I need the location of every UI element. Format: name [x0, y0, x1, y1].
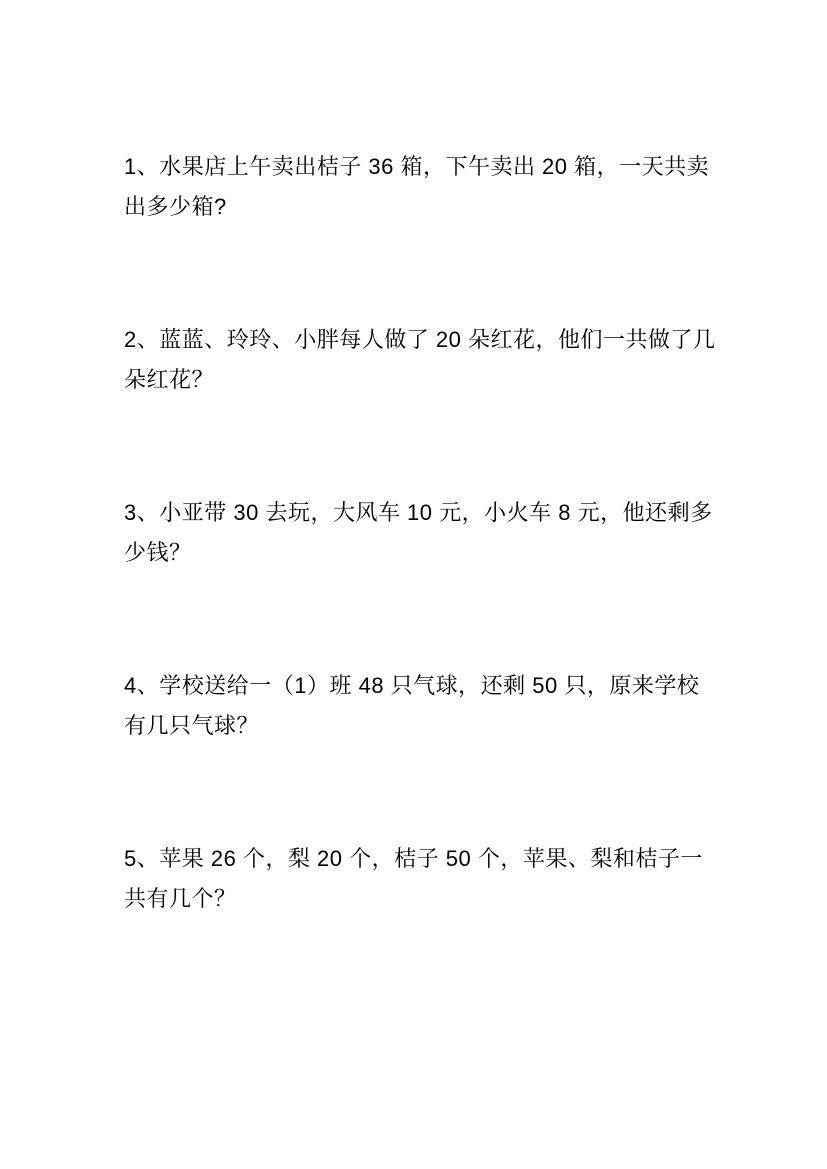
question-2-line-1: 2、蓝蓝、玲玲、小胖每人做了 20 朵红花，他们一共做了几	[124, 320, 710, 360]
question-4: 4、学校送给一（1）班 48 只气球，还剩 50 只，原来学校 有几只气球？	[124, 666, 710, 746]
question-3-line-2: 少钱？	[124, 533, 710, 573]
question-4-number: 4、	[124, 673, 159, 698]
question-5: 5、苹果 26 个，梨 20 个，桔子 50 个，苹果、梨和桔子一 共有几个？	[124, 839, 710, 919]
question-2-text: 蓝蓝、玲玲、小胖每人做了 20 朵红花，他们一共做了几	[159, 327, 715, 352]
question-5-line-1: 5、苹果 26 个，梨 20 个，桔子 50 个，苹果、梨和桔子一	[124, 839, 710, 879]
question-4-text: 学校送给一（1）班 48 只气球，还剩 50 只，原来学校	[159, 673, 699, 698]
question-1-text: 水果店上午卖出桔子 36 箱，下午卖出 20 箱，一天共卖	[159, 154, 709, 179]
worksheet-content: 1、水果店上午卖出桔子 36 箱，下午卖出 20 箱，一天共卖 出多少箱? 2、…	[124, 147, 710, 919]
question-4-line-1: 4、学校送给一（1）班 48 只气球，还剩 50 只，原来学校	[124, 666, 710, 706]
question-1-line-2: 出多少箱?	[124, 187, 710, 227]
question-2-line-2: 朵红花？	[124, 360, 710, 400]
question-1: 1、水果店上午卖出桔子 36 箱，下午卖出 20 箱，一天共卖 出多少箱?	[124, 147, 710, 227]
question-1-line-1: 1、水果店上午卖出桔子 36 箱，下午卖出 20 箱，一天共卖	[124, 147, 710, 187]
question-3: 3、小亚带 30 去玩，大风车 10 元，小火车 8 元，他还剩多 少钱？	[124, 493, 710, 573]
question-5-text: 苹果 26 个，梨 20 个，桔子 50 个，苹果、梨和桔子一	[159, 846, 703, 871]
question-3-number: 3、	[124, 500, 159, 525]
question-2: 2、蓝蓝、玲玲、小胖每人做了 20 朵红花，他们一共做了几 朵红花？	[124, 320, 710, 400]
worksheet-page: 1、水果店上午卖出桔子 36 箱，下午卖出 20 箱，一天共卖 出多少箱? 2、…	[0, 0, 827, 1169]
question-5-number: 5、	[124, 846, 159, 871]
question-4-line-2: 有几只气球？	[124, 706, 710, 746]
question-5-line-2: 共有几个？	[124, 879, 710, 919]
question-2-number: 2、	[124, 327, 159, 352]
question-1-number: 1、	[124, 154, 159, 179]
question-3-text: 小亚带 30 去玩，大风车 10 元，小火车 8 元，他还剩多	[159, 500, 712, 525]
question-3-line-1: 3、小亚带 30 去玩，大风车 10 元，小火车 8 元，他还剩多	[124, 493, 710, 533]
